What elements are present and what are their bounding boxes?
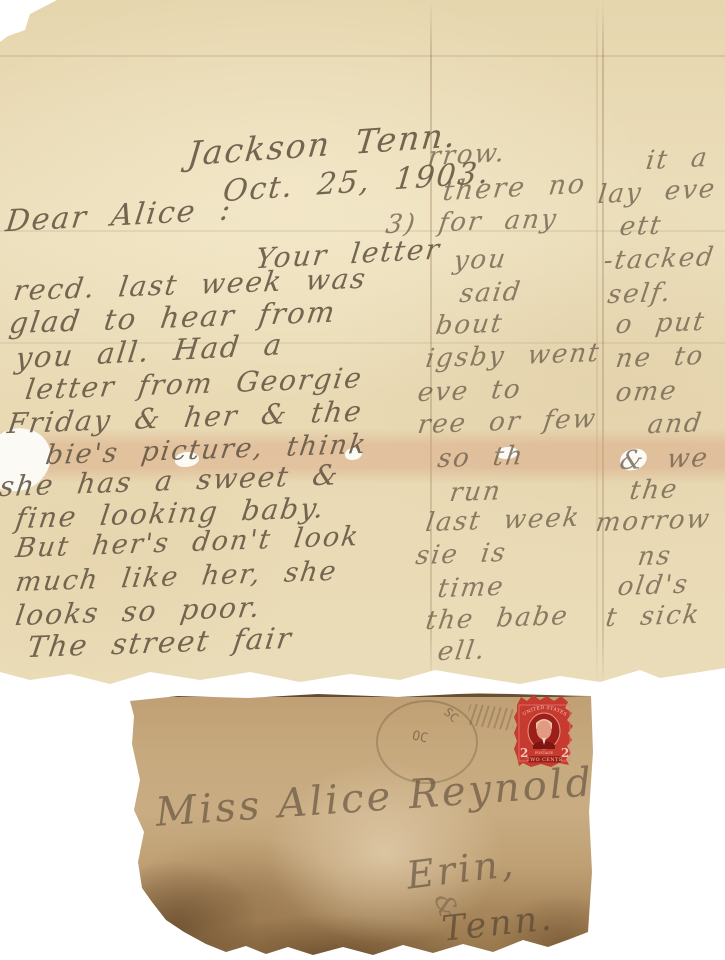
letter-text-fragment: said [458, 277, 524, 309]
letter-text-fragment: the [628, 474, 681, 506]
letter-text-fragment: morrow [594, 504, 713, 538]
letter-text-fragment: t sick [604, 600, 703, 633]
letter-text-fragment: rrow. [426, 138, 508, 172]
letter-text-fragment: so th [436, 441, 527, 474]
letter-text-fragment: -tacked [602, 242, 717, 276]
postmark-text: OC [411, 729, 429, 747]
letter-text-fragment: igsby went [424, 338, 603, 374]
letter-text-fragment: you [452, 244, 509, 276]
letter-text-fragment: run [448, 476, 504, 508]
letter-text-fragment: it a [644, 143, 710, 177]
vertical-fold-line [602, 0, 604, 688]
letter-text-fragment: ell. [436, 635, 489, 667]
letter-text-fragment: lay eve [596, 174, 718, 210]
letter-text-fragment: eve to [416, 374, 524, 408]
address-city: Erin, [404, 841, 518, 898]
letter-text-fragment: time [436, 572, 507, 604]
letter-text-fragment: and [646, 408, 705, 440]
letter-text-fragment: last week [424, 503, 583, 539]
letter-text-fragment: ree or few [416, 404, 599, 440]
letter-text-fragment: ett [618, 211, 665, 243]
letter-sheet: Jackson Tenn.Oct. 25, 1903.Dear Alice :Y… [0, 0, 725, 688]
letter-text-fragment: ne to [614, 341, 707, 374]
letter-text-fragment: ns [636, 541, 674, 572]
envelope: OC SC UNITED STATES OF AMERICA 2 2 POSTA… [118, 692, 595, 959]
letter-text-fragment: self. [606, 278, 674, 310]
letter-text-fragment: o put [614, 307, 708, 340]
stamp-postage-label: POSTAGE [535, 751, 553, 755]
horizontal-fold-line [0, 55, 725, 57]
letter-text-line: Dear Alice : [4, 192, 235, 239]
letter-text-fragment: 3) for any [384, 204, 560, 240]
washington-2-cent-stamp: UNITED STATES OF AMERICA 2 2 POSTAGE TWO… [511, 693, 578, 769]
letter-text-fragment: sie is [414, 538, 509, 571]
postmark-text: SC [441, 705, 461, 725]
letter-text-fragment: there no [441, 168, 588, 207]
photo-scan: Jackson Tenn.Oct. 25, 1903.Dear Alice :Y… [0, 0, 725, 960]
letter-text-fragment: old's [616, 570, 691, 603]
portrait-face [537, 721, 552, 740]
letter-text-fragment: bout [434, 309, 506, 342]
letter-text-fragment: the babe [424, 601, 571, 636]
letter-text-fragment: ome [614, 376, 680, 408]
letter-text-fragment: & we [618, 443, 711, 476]
